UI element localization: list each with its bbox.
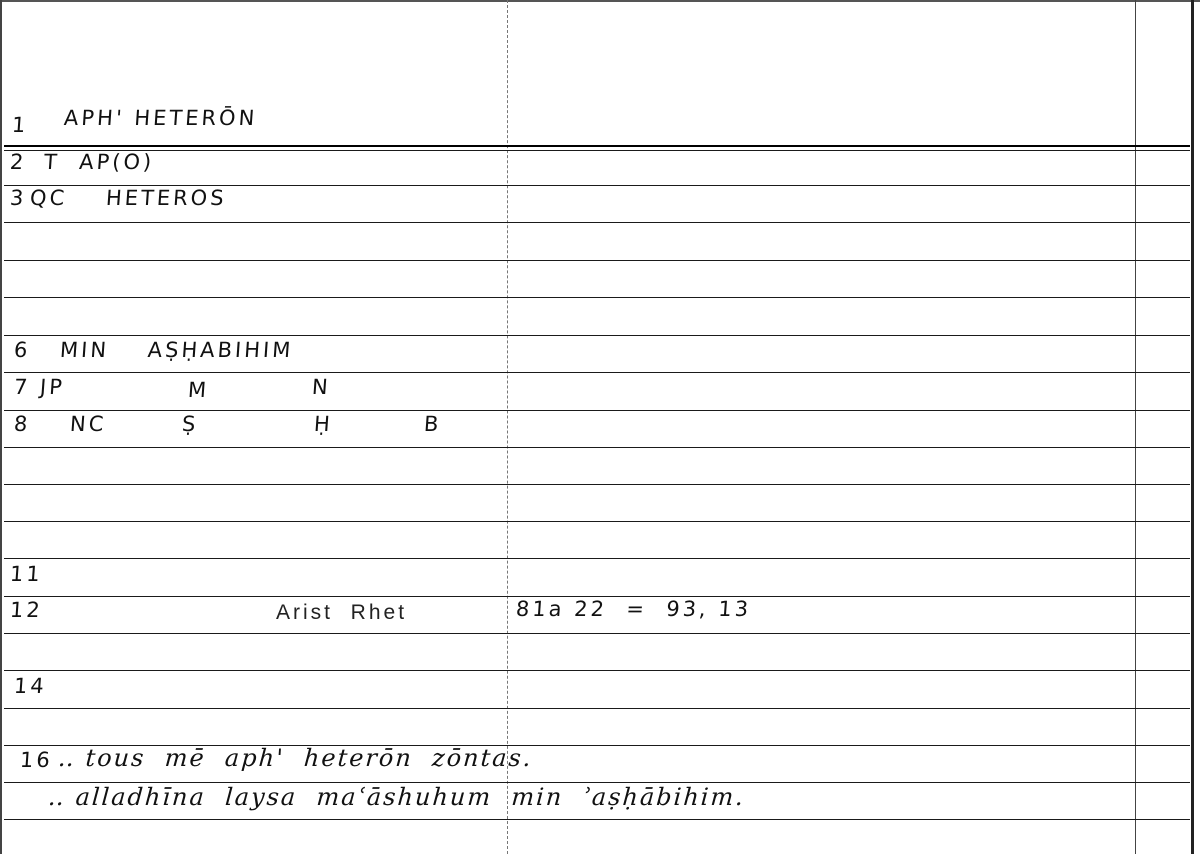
line-number-3: 3 [9, 188, 27, 209]
right-margin-rule [1135, 0, 1136, 854]
line-number-12: 12 [9, 600, 43, 621]
ruled-line [4, 297, 1190, 298]
line-number-1: 1 [11, 115, 29, 136]
line-number-14: 14 [13, 676, 47, 697]
lemma-arabic: MIN AṢḤABIHIM [59, 340, 294, 361]
arabic-variant-siglum: NC [69, 414, 107, 435]
card-top-edge [0, 0, 1200, 2]
arabic-variant-letter: N [311, 377, 331, 398]
line-number-2: 2 [9, 152, 27, 173]
ruled-line [4, 521, 1190, 522]
ruled-line [4, 145, 1190, 147]
ruled-line [4, 484, 1190, 485]
ruled-line [4, 447, 1190, 448]
card-left-edge [0, 0, 2, 854]
greek-variant-line: QC HETEROS [29, 188, 227, 209]
arabic-variant-letter: B [423, 414, 442, 435]
line-number-6: 6 [13, 340, 31, 361]
line-number-8: 8 [13, 414, 31, 435]
ruled-line [4, 410, 1190, 411]
source-work: Arist Rhet [276, 602, 407, 623]
line-number-16: 16 [19, 750, 53, 771]
lemma-greek: APH' HETERŌN [63, 108, 258, 129]
ruled-line [4, 558, 1190, 559]
card-right-edge [1191, 0, 1194, 854]
ruled-line [4, 372, 1190, 373]
ruled-line [4, 222, 1190, 223]
greek-variant-line: T AP(O) [43, 152, 155, 173]
ruled-line [4, 819, 1190, 820]
middle-column-rule [507, 0, 508, 854]
arabic-variant-letter: Ḥ [313, 414, 333, 435]
arabic-variant-siglum: JP [39, 377, 65, 398]
ruled-line [4, 633, 1190, 634]
ruled-line [4, 260, 1190, 261]
arabic-variant-letter: Ṣ [181, 414, 199, 435]
greek-context-sentence: ‥ tous mē aph' heterōn zōntas. [57, 746, 533, 770]
arabic-context-sentence: ‥ alladhīna laysa maʿāshuhum min ʾaṣḥābi… [47, 785, 746, 809]
line-number-7: 7 [13, 377, 31, 398]
ruled-line [4, 708, 1190, 709]
ruled-line [4, 150, 1190, 151]
index-card: 1 APH' HETERŌN 2 T AP(O) 3 QC HETEROS 6 … [0, 0, 1200, 854]
ruled-line [4, 670, 1190, 671]
ruled-line [4, 335, 1190, 336]
line-number-11: 11 [9, 564, 43, 585]
arabic-variant-letter: M [187, 380, 210, 401]
source-reference: 81a 22 = 93, 13 [515, 599, 752, 620]
